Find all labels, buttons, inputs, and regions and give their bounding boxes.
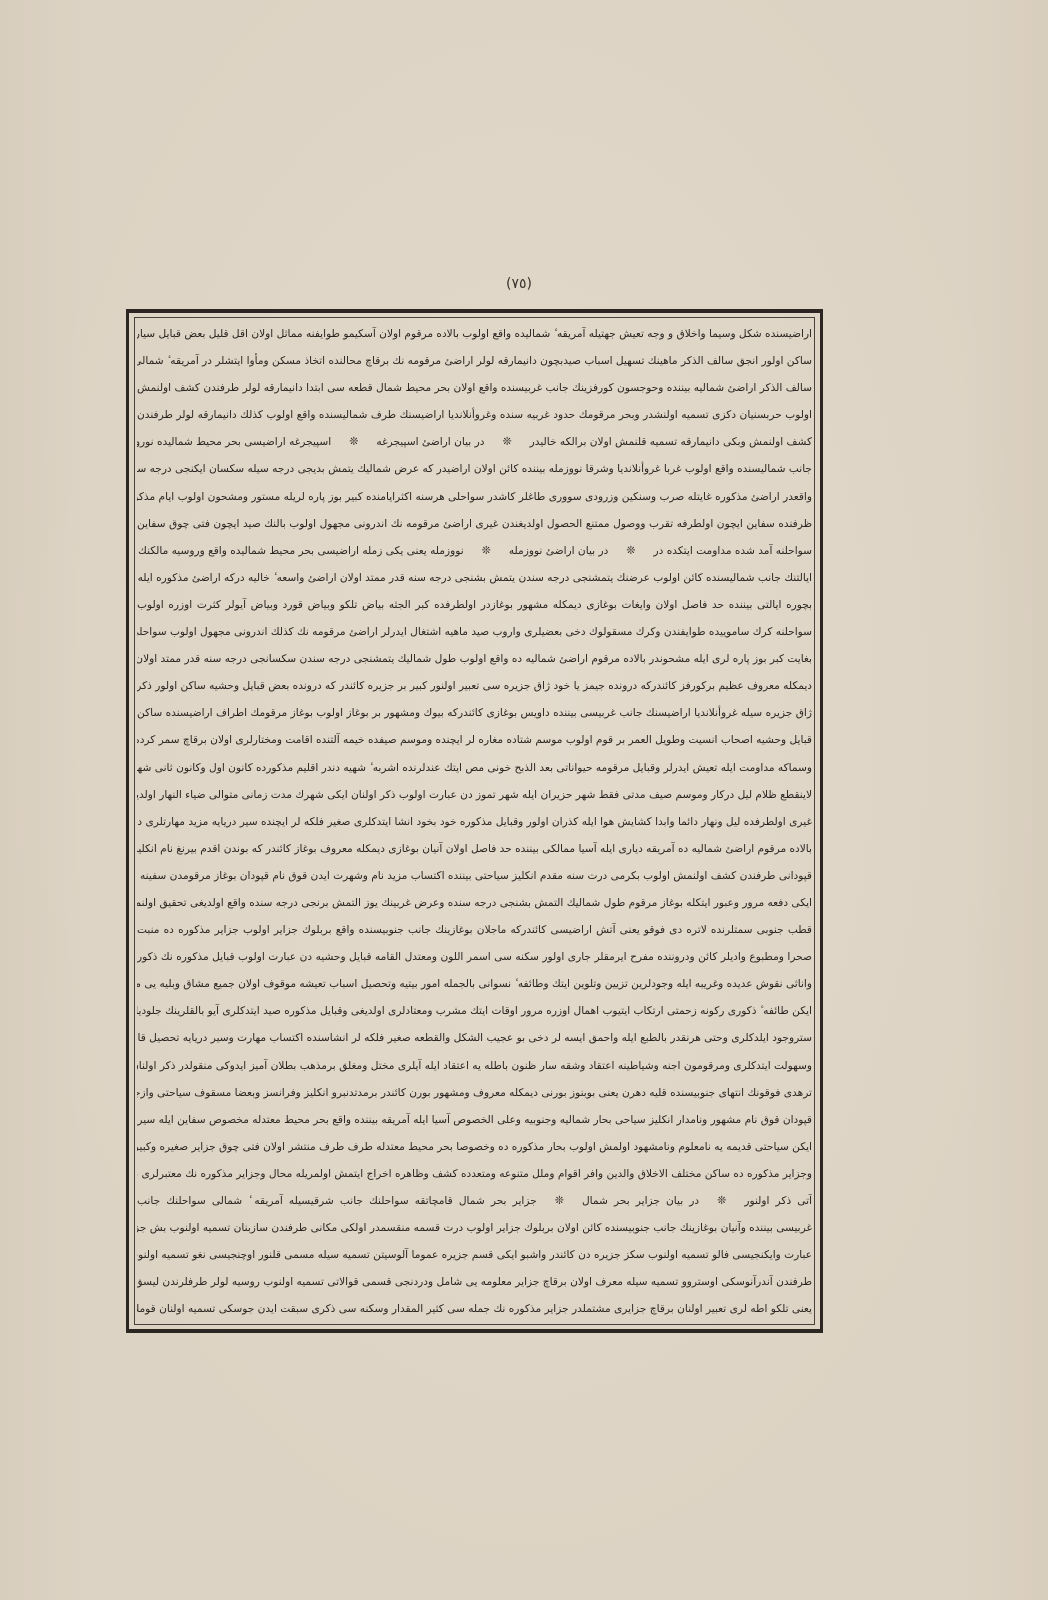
text-frame: اراضيسنده شكل وسيما واخلاق و وجه تعيش جه… bbox=[126, 309, 823, 1333]
text-line: سواحلنه آمد شده مداومت ايتكده در❊در بيان… bbox=[137, 538, 812, 565]
text-line: قپودانى طرفندن كشف اولنمش اولوب بكرمى در… bbox=[137, 863, 812, 890]
text-body: اراضيسنده شكل وسيما واخلاق و وجه تعيش جه… bbox=[137, 321, 812, 1323]
text-line: ساكن اولور انجق سالف الذكر ماهينك تسهيل … bbox=[137, 348, 812, 375]
section-star-icon: ❊ bbox=[349, 429, 358, 456]
text-line: لاينقطع ظلام ليل دركار وموسم صيف مدتى فق… bbox=[137, 782, 812, 809]
text-line: قبايل وحشيه اصحاب انسيت وطويل العمر بر ق… bbox=[137, 727, 812, 754]
text-line: سواحلنه كرك ساموييده طوايفندن وكرك مسقول… bbox=[137, 619, 812, 646]
line-segment: كشف اولنمش وبكى دانيمارقه تسميه قلنمش او… bbox=[530, 436, 812, 448]
text-line: واناثى نقوش عديده وغريبه ايله وجودلرين ت… bbox=[137, 971, 812, 998]
text-line: عبارت وايكنجيسى فالو تسميه اولنوب سكز جز… bbox=[137, 1242, 812, 1269]
text-line: كشف اولنمش وبكى دانيمارقه تسميه قلنمش او… bbox=[137, 429, 812, 456]
text-line: طرفندن آندرآنوسكى اوستروو تسميه سيله معر… bbox=[137, 1269, 812, 1296]
text-line: ايالتنك جانب شماليسنده كائن اولوب عرضنك … bbox=[137, 565, 812, 592]
text-line: ايكى دفعه مرور وعبور ايتكله بوغاز مرقوم … bbox=[137, 890, 812, 917]
section-heading: در بيان اراضئ نووزمله bbox=[509, 545, 608, 557]
text-line: ستروجود ايلدكلرى وحتى هرنقدر بالطبع ايله… bbox=[137, 1025, 812, 1052]
text-line: وسهولت ايتدكلرى ومرقومون اجنه وشياطينه ا… bbox=[137, 1053, 812, 1080]
text-line: قطب جنوبى سمتلرنده لاتره دى فوقو يعنى آت… bbox=[137, 917, 812, 944]
text-line: بچوره ايالتى بيننده حد فاصل اولان وايغات… bbox=[137, 592, 812, 619]
text-line: جانب شماليسنده واقع اولوب غربا غروأنلاند… bbox=[137, 456, 812, 483]
line-segment: آتى ذكر اولنور bbox=[744, 1195, 812, 1207]
section-star-icon: ❊ bbox=[502, 429, 511, 456]
text-line: بغايت كبر بوز پاره لرى ايله مشحوندر بالا… bbox=[137, 646, 812, 673]
line-segment: اسپيجرغه اراضيسى بحر محيط شماليده نورو ج… bbox=[137, 436, 331, 448]
text-line: بالاده مرقوم اراضئ شماليه ده آمريقه ديار… bbox=[137, 836, 812, 863]
text-line: اولوب حربسنيان دكزى تسميه اولنشدر وبحر م… bbox=[137, 402, 812, 429]
text-line: ظرفنده سفاين ايچون اولطرفه تقرب ووصول مم… bbox=[137, 511, 812, 538]
text-line: ديمكله معروف عظيم بركورفز كائندركه دروند… bbox=[137, 673, 812, 700]
section-star-icon: ❊ bbox=[626, 538, 635, 565]
text-line: ترهدى فوقونك انتهاى جنوبيسنده قليه دهرن … bbox=[137, 1080, 812, 1107]
text-line: غربيسى بيننده وآنيان بوغازينك جانب جنوبي… bbox=[137, 1215, 812, 1242]
text-line: ايكن طائفه ٔ ذكورى ركونه زحمتى ارتكاب اي… bbox=[137, 998, 812, 1025]
line-segment: نووزمله يعنى يكى زمله اراضيسى بحر محيط ش… bbox=[137, 545, 464, 557]
line-segment: سواحلنه آمد شده مداومت ايتكده در bbox=[654, 545, 812, 557]
text-line: سالف الذكر اراضئ شماليه بيننده وحوجسون ك… bbox=[137, 375, 812, 402]
text-line: وجزاير مذكوره ده ساكن مختلف الاخلاق والد… bbox=[137, 1161, 812, 1188]
text-line: واقعدر اراضئ مذكوره غايتله صرب وسنكين وز… bbox=[137, 484, 812, 511]
line-segment: جزاير بحر شمال قامچاتقه سواحلنك جانب شرق… bbox=[137, 1195, 537, 1207]
text-line: قپودان قوق نام مشهور ونامدار انكليز سياح… bbox=[137, 1107, 812, 1134]
section-heading: در بيان اراضئ اسپيجرغه bbox=[376, 436, 484, 448]
text-line: آتى ذكر اولنور❊در بيان جزاير بحر شمال❊جز… bbox=[137, 1188, 812, 1215]
text-line: وسماكه مداومت ايله تعيش ايدرلر وقبايل مر… bbox=[137, 755, 812, 782]
section-star-icon: ❊ bbox=[717, 1188, 726, 1215]
section-star-icon: ❊ bbox=[482, 538, 491, 565]
page-number: (٧٥) bbox=[0, 276, 1048, 292]
text-line: اراضيسنده شكل وسيما واخلاق و وجه تعيش جه… bbox=[137, 321, 812, 348]
text-line: ايكن سياحتى قديمه يه نامعلوم ونامشهود او… bbox=[137, 1134, 812, 1161]
text-line: صحرا ومطبوع واديلر كائن ودروننده مفرح اي… bbox=[137, 944, 812, 971]
text-line: غيرى اولطرفده ليل ونهار دائما وابدا كشاي… bbox=[137, 809, 812, 836]
section-heading: در بيان جزاير بحر شمال bbox=[582, 1195, 699, 1207]
text-line: يعنى تلكو اطه لرى تعبير اولنان برقاچ جزا… bbox=[137, 1296, 812, 1323]
text-line: ژاق جزيره سيله غروأنلانديا اراضيسنك جانب… bbox=[137, 700, 812, 727]
section-star-icon: ❊ bbox=[555, 1188, 564, 1215]
